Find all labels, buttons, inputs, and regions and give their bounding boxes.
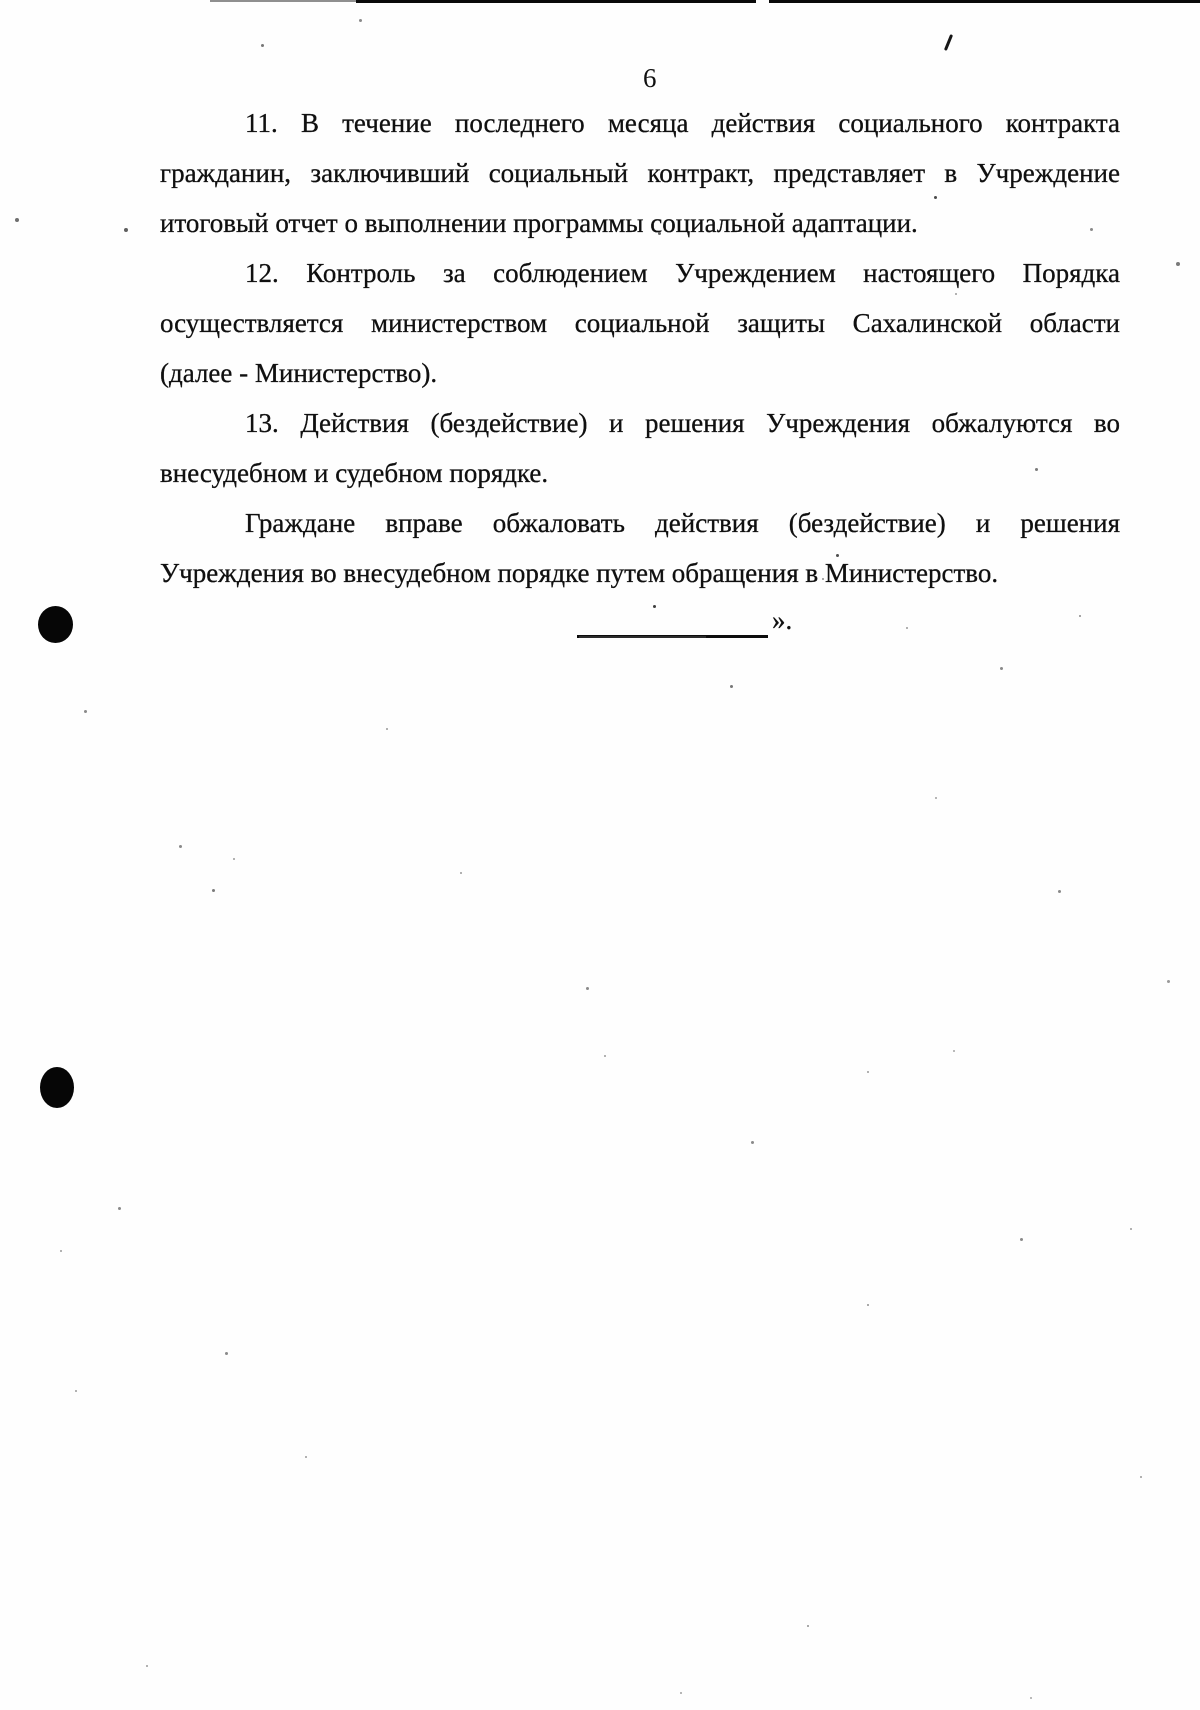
page-number: 6 <box>0 62 1200 94</box>
scan-speck <box>179 845 182 848</box>
scan-speck <box>586 987 589 990</box>
document-line: 13. Действия (бездействие) и решения Учр… <box>160 398 1120 448</box>
document-line: 11. В течение последнего месяца действия… <box>160 98 1120 148</box>
scan-speck <box>658 232 661 235</box>
blank-underline <box>577 605 768 638</box>
scan-speck <box>953 1050 955 1052</box>
scan-speck <box>146 1665 148 1667</box>
scan-speck <box>822 578 824 580</box>
scan-speck <box>1140 1476 1142 1478</box>
scan-speck <box>680 1692 682 1694</box>
scan-speck <box>867 1071 869 1073</box>
scan-speck <box>124 228 128 232</box>
scan-speck <box>359 19 362 22</box>
document-line: 12. Контроль за соблюдением Учреждением … <box>160 248 1120 298</box>
scan-speck <box>653 605 656 608</box>
scan-edge-artifact <box>210 0 358 2</box>
scan-speck <box>118 1207 121 1210</box>
scan-speck <box>1176 262 1180 266</box>
scan-speck <box>1030 1697 1032 1699</box>
scan-speck <box>604 1055 606 1057</box>
hole-punch-mark <box>38 606 73 643</box>
document-line: (далее - Министерство). <box>160 348 1120 398</box>
closing-quote-mark: ». <box>768 602 792 638</box>
scan-speck <box>1000 667 1003 670</box>
scan-speck <box>1090 228 1093 231</box>
scan-speck <box>75 1390 77 1392</box>
scan-speck <box>60 1250 62 1252</box>
scan-speck <box>84 710 87 713</box>
scan-speck <box>807 1625 809 1627</box>
scan-speck <box>751 1141 754 1144</box>
scan-speck <box>934 196 937 199</box>
hole-punch-mark <box>40 1067 74 1108</box>
scan-speck <box>1130 1228 1132 1230</box>
scanned-document-page: 6 11. В течение последнего месяца действ… <box>0 0 1200 1710</box>
scan-speck <box>460 872 462 874</box>
scan-speck <box>261 44 264 47</box>
document-line: осуществляется министерством социальной … <box>160 298 1120 348</box>
document-text-block: 11. В течение последнего месяца действия… <box>160 98 1120 598</box>
scan-speck <box>1079 615 1081 617</box>
scan-speck <box>730 685 733 688</box>
scan-line-doubling-artifact <box>579 636 706 638</box>
scan-speck <box>906 627 908 629</box>
document-line: внесудебном и судебном порядке. <box>160 448 1120 498</box>
scan-speck <box>386 728 388 730</box>
scan-edge-artifact <box>356 0 756 3</box>
scan-speck <box>1058 890 1061 893</box>
document-line: Учреждения во внесудебном порядке путем … <box>160 548 1120 598</box>
scan-speck <box>867 1304 869 1306</box>
scan-speck <box>955 293 957 295</box>
scan-edge-artifact <box>769 0 1200 3</box>
scan-speck <box>1020 1238 1023 1241</box>
signature-blank-line: ». <box>577 602 792 638</box>
document-line: гражданин, заключивший социальный контра… <box>160 148 1120 198</box>
scan-speck <box>15 218 19 222</box>
scan-speck <box>1035 468 1038 471</box>
scan-speck <box>1167 980 1170 983</box>
scan-speck <box>836 554 839 557</box>
scan-speck <box>212 889 215 892</box>
scan-speck <box>233 858 235 860</box>
pen-tick-mark <box>944 34 953 51</box>
document-line: Граждане вправе обжаловать действия (без… <box>160 498 1120 548</box>
scan-speck <box>935 797 937 799</box>
scan-speck <box>305 1456 307 1458</box>
scan-speck <box>225 1352 228 1355</box>
document-line: итоговый отчет о выполнении программы со… <box>160 198 1120 248</box>
